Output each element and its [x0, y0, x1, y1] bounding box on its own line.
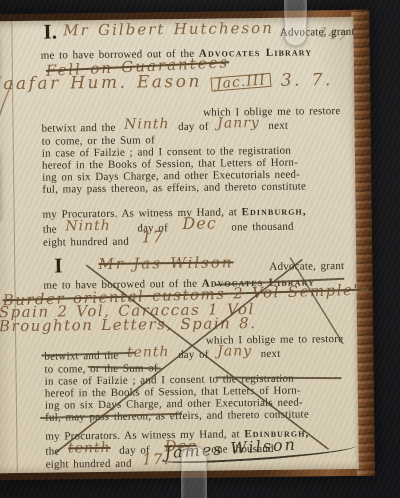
printed-next: next — [268, 120, 288, 132]
form1-witness-line: the Ninth day of Dec one thousand — [43, 219, 294, 236]
book-strap-bottom — [181, 446, 207, 498]
ledger-book: 147 I. Mr Gilbert Hutcheson Advocate, gr… — [0, 10, 375, 481]
printed-next: next — [261, 348, 281, 360]
handwritten-return-day: Ninth — [124, 116, 170, 133]
printed-eight-hundred: eight hundred and — [43, 236, 129, 249]
handwritten-witness-day: Ninth — [65, 218, 111, 235]
printed-edinburgh: Edinburgh, — [241, 205, 306, 218]
handwritten-shelfmark: Jac.III — [211, 73, 272, 92]
printed-initial: I. — [43, 24, 57, 38]
handwritten-return-month: Jany — [217, 343, 252, 359]
photo-background: 147 I. Mr Gilbert Hutcheson Advocate, gr… — [0, 0, 400, 498]
handwritten-entry-line: Jaafar Hum. Eason Jac.III 3. 7. — [0, 74, 333, 92]
printed-betwixt: betwixt and the — [41, 122, 115, 135]
book-strap-top — [284, 0, 307, 46]
form1-betwixt-line: betwixt and the Ninth day of Janry next — [41, 119, 288, 135]
form2-year-line: eight hundred and 17. — [46, 455, 174, 471]
handwritten-borrower-name: Mr Gilbert Hutcheson — [63, 22, 274, 37]
printed-one-thousand: one thousand — [231, 221, 294, 234]
handwritten-return-month: Janry — [217, 115, 260, 132]
printed-day-of: day of — [178, 349, 209, 361]
handwritten-entry-name: Jaafar Hum. Eason — [0, 72, 202, 95]
handwritten-borrower-name: Mr Jas Wilson — [98, 256, 233, 270]
printed-initial: I — [54, 258, 63, 272]
form1-year-line: eight hundred and 17 — [43, 233, 168, 249]
form2-header-line: I Mr Jas Wilson Advocate, grant — [54, 255, 344, 276]
handwritten-witness-day: tenth — [68, 440, 111, 457]
form1-constitute-line: ful, may pass thereon, as effeirs, and t… — [42, 180, 306, 195]
printed-eight-hundred: eight hundred and — [46, 458, 132, 471]
printed-advocate-grant: Advocate, grant — [269, 260, 344, 273]
handwritten-witness-month: Dec — [182, 214, 216, 233]
handwritten-year: 17 — [141, 227, 164, 246]
handwritten-books-line3: Broughton Letters, Spain 8. — [0, 317, 257, 332]
ledger-page: 147 I. Mr Gilbert Hutcheson Advocate, gr… — [0, 17, 359, 473]
printed-day-of: day of — [178, 121, 209, 133]
handwritten-entry-number: 3. 7. — [281, 70, 333, 91]
